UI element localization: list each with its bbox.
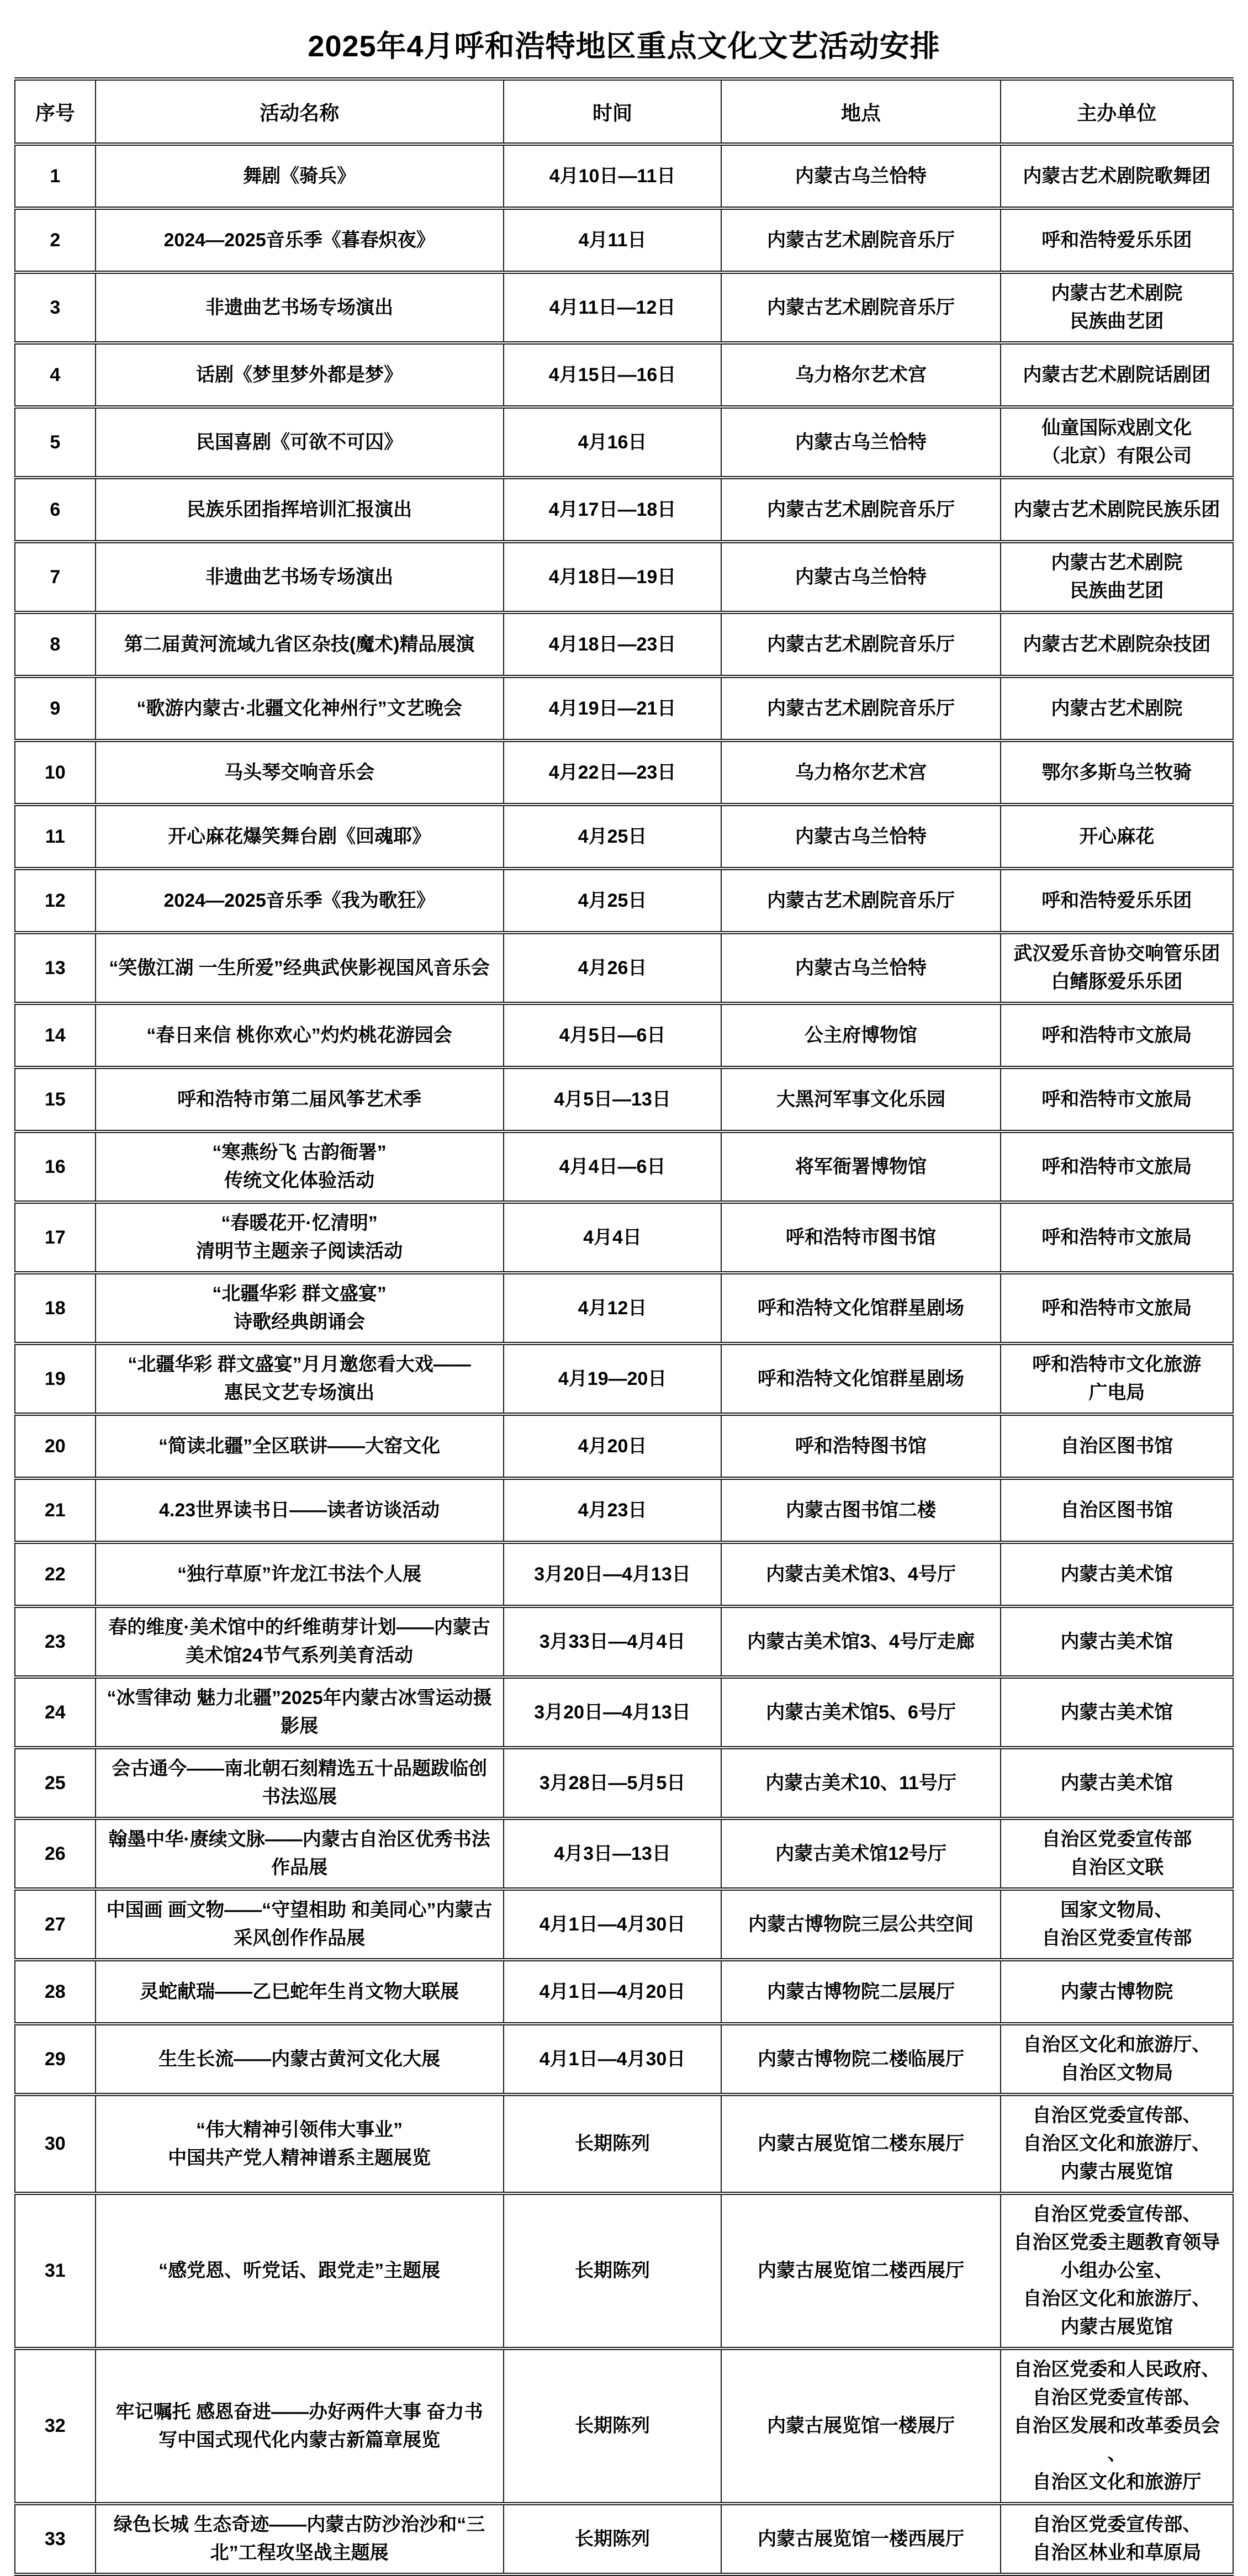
activity-name-cell: 牢记嘱托 感恩奋进——办好两件大事 奋力书 写中国式现代化内蒙古新篇章展览 xyxy=(96,2348,504,2504)
table-row: 16“寒燕纷飞 古韵衙署” 传统文化体验活动4月4日—6日将军衙署博物馆呼和浩特… xyxy=(15,1131,1233,1202)
organizer-cell: 内蒙古博物院 xyxy=(1001,1960,1233,2024)
activity-name-cell: 呼和浩特市第二届风筝艺术季 xyxy=(96,1067,504,1131)
activity-name-cell: “春暖花开·忆清明” 清明节主题亲子阅读活动 xyxy=(96,1202,504,1273)
table-header: 序号 活动名称 时间 地点 主办单位 xyxy=(15,79,1233,144)
row-number-cell: 6 xyxy=(15,478,96,542)
col-header-place: 地点 xyxy=(721,79,1000,144)
activity-name-cell: 第二届黄河流域九省区杂技(魔术)精品展演 xyxy=(96,612,504,676)
organizer-cell: 内蒙古艺术剧院 民族曲艺团 xyxy=(1001,272,1233,343)
table-row: 14“春日来信 桃你欢心”灼灼桃花游园会4月5日—6日公主府博物馆呼和浩特市文旅… xyxy=(15,1003,1233,1067)
organizer-cell: 内蒙古艺术剧院 民族曲艺团 xyxy=(1001,542,1233,612)
row-number-cell: 8 xyxy=(15,612,96,676)
organizer-cell: 自治区图书馆 xyxy=(1001,1478,1233,1542)
activity-name-cell: 非遗曲艺书场专场演出 xyxy=(96,272,504,343)
time-cell: 4月4日 xyxy=(504,1202,722,1273)
place-cell: 内蒙古美术馆12号厅 xyxy=(721,1818,1000,1889)
place-cell: 内蒙古乌兰恰特 xyxy=(721,542,1000,612)
organizer-cell: 内蒙古艺术剧院话剧团 xyxy=(1001,343,1233,407)
organizer-cell: 仙童国际戏剧文化 （北京）有限公司 xyxy=(1001,407,1233,478)
table-row: 29生生长流——内蒙古黄河文化大展4月1日—4月30日内蒙古博物院二楼临展厅自治… xyxy=(15,2024,1233,2094)
place-cell: 乌力格尔艺术宫 xyxy=(721,740,1000,805)
row-number-cell: 2 xyxy=(15,208,96,272)
row-number-cell: 18 xyxy=(15,1273,96,1343)
activity-name-cell: 生生长流——内蒙古黄河文化大展 xyxy=(96,2024,504,2094)
table-row: 17“春暖花开·忆清明” 清明节主题亲子阅读活动4月4日呼和浩特市图书馆呼和浩特… xyxy=(15,1202,1233,1273)
table-row: 11开心麻花爆笑舞台剧《回魂耶》4月25日内蒙古乌兰恰特开心麻花 xyxy=(15,805,1233,869)
table-row: 13“笑傲江湖 一生所爱”经典武侠影视国风音乐会4月26日内蒙古乌兰恰特武汉爱乐… xyxy=(15,933,1233,1003)
organizer-cell: 呼和浩特市文旅局 xyxy=(1001,1067,1233,1131)
row-number-cell: 32 xyxy=(15,2348,96,2504)
activity-name-cell: “伟大精神引领伟大事业” 中国共产党人精神谱系主题展览 xyxy=(96,2094,504,2193)
place-cell: 大黑河军事文化乐园 xyxy=(721,1067,1000,1131)
time-cell: 4月3日—13日 xyxy=(504,1818,722,1889)
header-row: 序号 活动名称 时间 地点 主办单位 xyxy=(15,79,1233,144)
time-cell: 3月20日—4月13日 xyxy=(504,1542,722,1606)
activity-name-cell: 民国喜剧《可欲不可囚》 xyxy=(96,407,504,478)
time-cell: 3月33日—4月4日 xyxy=(504,1606,722,1677)
place-cell: 呼和浩特图书馆 xyxy=(721,1414,1000,1478)
place-cell: 内蒙古艺术剧院音乐厅 xyxy=(721,272,1000,343)
organizer-cell: 内蒙古美术馆 xyxy=(1001,1606,1233,1677)
activity-name-cell: 开心麻花爆笑舞台剧《回魂耶》 xyxy=(96,805,504,869)
place-cell: 内蒙古美术馆3、4号厅 xyxy=(721,1542,1000,1606)
time-cell: 4月1日—4月30日 xyxy=(504,2024,722,2094)
time-cell: 4月26日 xyxy=(504,933,722,1003)
time-cell: 3月28日—5月5日 xyxy=(504,1748,722,1818)
organizer-cell: 呼和浩特市文旅局 xyxy=(1001,1131,1233,1202)
place-cell: 内蒙古博物院二层展厅 xyxy=(721,1960,1000,2024)
table-row: 28灵蛇献瑞——乙巳蛇年生肖文物大联展4月1日—4月20日内蒙古博物院二层展厅内… xyxy=(15,1960,1233,2024)
table-row: 30“伟大精神引领伟大事业” 中国共产党人精神谱系主题展览长期陈列内蒙古展览馆二… xyxy=(15,2094,1233,2193)
table-row: 8第二届黄河流域九省区杂技(魔术)精品展演4月18日—23日内蒙古艺术剧院音乐厅… xyxy=(15,612,1233,676)
row-number-cell: 23 xyxy=(15,1606,96,1677)
place-cell: 内蒙古艺术剧院音乐厅 xyxy=(721,676,1000,740)
time-cell: 4月18日—23日 xyxy=(504,612,722,676)
row-number-cell: 12 xyxy=(15,869,96,933)
table-row: 26翰墨中华·赓续文脉——内蒙古自治区优秀书法 作品展4月3日—13日内蒙古美术… xyxy=(15,1818,1233,1889)
time-cell: 4月25日 xyxy=(504,805,722,869)
row-number-cell: 15 xyxy=(15,1067,96,1131)
time-cell: 4月12日 xyxy=(504,1273,722,1343)
organizer-cell: 武汉爱乐音协交响管乐团 白鳍豚爱乐乐团 xyxy=(1001,933,1233,1003)
organizer-cell: 呼和浩特市文旅局 xyxy=(1001,1202,1233,1273)
place-cell: 内蒙古美术馆3、4号厅走廊 xyxy=(721,1606,1000,1677)
place-cell: 内蒙古艺术剧院音乐厅 xyxy=(721,612,1000,676)
row-number-cell: 22 xyxy=(15,1542,96,1606)
time-cell: 4月18日—19日 xyxy=(504,542,722,612)
time-cell: 4月22日—23日 xyxy=(504,740,722,805)
activity-name-cell: “北疆华彩 群文盛宴”月月邀您看大戏—— 惠民文艺专场演出 xyxy=(96,1343,504,1414)
activity-name-cell: “北疆华彩 群文盛宴” 诗歌经典朗诵会 xyxy=(96,1273,504,1343)
organizer-cell: 内蒙古美术馆 xyxy=(1001,1542,1233,1606)
activity-name-cell: “独行草原”许龙江书法个人展 xyxy=(96,1542,504,1606)
col-header-time: 时间 xyxy=(504,79,722,144)
table-row: 22“独行草原”许龙江书法个人展3月20日—4月13日内蒙古美术馆3、4号厅内蒙… xyxy=(15,1542,1233,1606)
activity-name-cell: 民族乐团指挥培训汇报演出 xyxy=(96,478,504,542)
row-number-cell: 19 xyxy=(15,1343,96,1414)
place-cell: 内蒙古乌兰恰特 xyxy=(721,407,1000,478)
place-cell: 内蒙古艺术剧院音乐厅 xyxy=(721,478,1000,542)
table-row: 214.23世界读书日——读者访谈活动4月23日内蒙古图书馆二楼自治区图书馆 xyxy=(15,1478,1233,1542)
activity-name-cell: 非遗曲艺书场专场演出 xyxy=(96,542,504,612)
organizer-cell: 呼和浩特市文化旅游 广电局 xyxy=(1001,1343,1233,1414)
row-number-cell: 27 xyxy=(15,1889,96,1960)
row-number-cell: 5 xyxy=(15,407,96,478)
time-cell: 4月11日—12日 xyxy=(504,272,722,343)
organizer-cell: 自治区文化和旅游厅、 自治区文物局 xyxy=(1001,2024,1233,2094)
table-row: 27中国画 画文物——“守望相助 和美同心”内蒙古 采风创作作品展4月1日—4月… xyxy=(15,1889,1233,1960)
organizer-cell: 自治区党委宣传部、 自治区林业和草原局 xyxy=(1001,2504,1233,2574)
row-number-cell: 13 xyxy=(15,933,96,1003)
organizer-cell: 内蒙古艺术剧院 xyxy=(1001,676,1233,740)
activity-name-cell: 翰墨中华·赓续文脉——内蒙古自治区优秀书法 作品展 xyxy=(96,1818,504,1889)
row-number-cell: 3 xyxy=(15,272,96,343)
table-row: 9“歌游内蒙古·北疆文化神州行”文艺晚会4月19日—21日内蒙古艺术剧院音乐厅内… xyxy=(15,676,1233,740)
col-header-organizer: 主办单位 xyxy=(1001,79,1233,144)
row-number-cell: 31 xyxy=(15,2193,96,2348)
organizer-cell: 鄂尔多斯乌兰牧骑 xyxy=(1001,740,1233,805)
organizer-cell: 开心麻花 xyxy=(1001,805,1233,869)
table-row: 10马头琴交响音乐会4月22日—23日乌力格尔艺术宫鄂尔多斯乌兰牧骑 xyxy=(15,740,1233,805)
activity-name-cell: 灵蛇献瑞——乙巳蛇年生肖文物大联展 xyxy=(96,1960,504,2024)
time-cell: 4月5日—13日 xyxy=(504,1067,722,1131)
place-cell: 内蒙古图书馆二楼 xyxy=(721,1478,1000,1542)
time-cell: 4月17日—18日 xyxy=(504,478,722,542)
col-header-name: 活动名称 xyxy=(96,79,504,144)
place-cell: 呼和浩特文化馆群星剧场 xyxy=(721,1273,1000,1343)
activity-name-cell: “冰雪律动 魅力北疆”2025年内蒙古冰雪运动摄 影展 xyxy=(96,1677,504,1748)
place-cell: 内蒙古博物院三层公共空间 xyxy=(721,1889,1000,1960)
page-title: 2025年4月呼和浩特地区重点文化文艺活动安排 xyxy=(0,0,1248,77)
table-row: 32牢记嘱托 感恩奋进——办好两件大事 奋力书 写中国式现代化内蒙古新篇章展览长… xyxy=(15,2348,1233,2504)
place-cell: 内蒙古乌兰恰特 xyxy=(721,805,1000,869)
table-row: 23春的维度·美术馆中的纤维萌芽计划——内蒙古 美术馆24节气系列美育活动3月3… xyxy=(15,1606,1233,1677)
activity-name-cell: 马头琴交响音乐会 xyxy=(96,740,504,805)
table-row: 5民国喜剧《可欲不可囚》4月16日内蒙古乌兰恰特仙童国际戏剧文化 （北京）有限公… xyxy=(15,407,1233,478)
table-row: 31“感党恩、听党话、跟党走”主题展长期陈列内蒙古展览馆二楼西展厅自治区党委宣传… xyxy=(15,2193,1233,2348)
place-cell: 内蒙古美术馆5、6号厅 xyxy=(721,1677,1000,1748)
activity-name-cell: 春的维度·美术馆中的纤维萌芽计划——内蒙古 美术馆24节气系列美育活动 xyxy=(96,1606,504,1677)
time-cell: 4月1日—4月20日 xyxy=(504,1960,722,2024)
place-cell: 内蒙古乌兰恰特 xyxy=(721,933,1000,1003)
time-cell: 4月19—20日 xyxy=(504,1343,722,1414)
place-cell: 内蒙古艺术剧院音乐厅 xyxy=(721,869,1000,933)
row-number-cell: 9 xyxy=(15,676,96,740)
row-number-cell: 11 xyxy=(15,805,96,869)
row-number-cell: 33 xyxy=(15,2504,96,2574)
organizer-cell: 自治区党委和人民政府、 自治区党委宣传部、 自治区发展和改革委员会 、 自治区文… xyxy=(1001,2348,1233,2504)
row-number-cell: 17 xyxy=(15,1202,96,1273)
row-number-cell: 10 xyxy=(15,740,96,805)
row-number-cell: 20 xyxy=(15,1414,96,1478)
organizer-cell: 内蒙古艺术剧院杂技团 xyxy=(1001,612,1233,676)
table-row: 6民族乐团指挥培训汇报演出4月17日—18日内蒙古艺术剧院音乐厅内蒙古艺术剧院民… xyxy=(15,478,1233,542)
place-cell: 内蒙古艺术剧院音乐厅 xyxy=(721,208,1000,272)
organizer-cell: 自治区党委宣传部、 自治区党委主题教育领导 小组办公室、 自治区文化和旅游厅、 … xyxy=(1001,2193,1233,2348)
time-cell: 4月20日 xyxy=(504,1414,722,1478)
activity-name-cell: 会古通今——南北朝石刻精选五十品题跋临创 书法巡展 xyxy=(96,1748,504,1818)
organizer-cell: 呼和浩特市文旅局 xyxy=(1001,1003,1233,1067)
activity-name-cell: 2024—2025音乐季《我为歌狂》 xyxy=(96,869,504,933)
row-number-cell: 25 xyxy=(15,1748,96,1818)
table-row: 18“北疆华彩 群文盛宴” 诗歌经典朗诵会4月12日呼和浩特文化馆群星剧场呼和浩… xyxy=(15,1273,1233,1343)
row-number-cell: 16 xyxy=(15,1131,96,1202)
place-cell: 内蒙古博物院二楼临展厅 xyxy=(721,2024,1000,2094)
organizer-cell: 呼和浩特爱乐乐团 xyxy=(1001,208,1233,272)
table-row: 22024—2025音乐季《暮春炽夜》4月11日内蒙古艺术剧院音乐厅呼和浩特爱乐… xyxy=(15,208,1233,272)
time-cell: 4月10日—11日 xyxy=(504,144,722,208)
place-cell: 公主府博物馆 xyxy=(721,1003,1000,1067)
activity-name-cell: “笑傲江湖 一生所爱”经典武侠影视国风音乐会 xyxy=(96,933,504,1003)
organizer-cell: 呼和浩特爱乐乐团 xyxy=(1001,869,1233,933)
place-cell: 将军衙署博物馆 xyxy=(721,1131,1000,1202)
organizer-cell: 自治区党委宣传部 自治区文联 xyxy=(1001,1818,1233,1889)
time-cell: 4月16日 xyxy=(504,407,722,478)
activity-name-cell: 2024—2025音乐季《暮春炽夜》 xyxy=(96,208,504,272)
organizer-cell: 自治区图书馆 xyxy=(1001,1414,1233,1478)
place-cell: 内蒙古美术10、11号厅 xyxy=(721,1748,1000,1818)
organizer-cell: 自治区党委宣传部、 自治区文化和旅游厅、 内蒙古展览馆 xyxy=(1001,2094,1233,2193)
time-cell: 4月25日 xyxy=(504,869,722,933)
organizer-cell: 呼和浩特市文旅局 xyxy=(1001,1273,1233,1343)
organizer-cell: 内蒙古美术馆 xyxy=(1001,1677,1233,1748)
place-cell: 内蒙古展览馆一楼展厅 xyxy=(721,2348,1000,2504)
table-row: 20“简读北疆”全区联讲——大窑文化4月20日呼和浩特图书馆自治区图书馆 xyxy=(15,1414,1233,1478)
organizer-cell: 内蒙古美术馆 xyxy=(1001,1748,1233,1818)
place-cell: 乌力格尔艺术宫 xyxy=(721,343,1000,407)
time-cell: 长期陈列 xyxy=(504,2193,722,2348)
table-row: 19“北疆华彩 群文盛宴”月月邀您看大戏—— 惠民文艺专场演出4月19—20日呼… xyxy=(15,1343,1233,1414)
table-row: 15呼和浩特市第二届风筝艺术季4月5日—13日大黑河军事文化乐园呼和浩特市文旅局 xyxy=(15,1067,1233,1131)
time-cell: 4月15日—16日 xyxy=(504,343,722,407)
activity-rows: 1舞剧《骑兵》4月10日—11日内蒙古乌兰恰特内蒙古艺术剧院歌舞团22024—2… xyxy=(15,144,1233,2574)
table-row: 3非遗曲艺书场专场演出4月11日—12日内蒙古艺术剧院音乐厅内蒙古艺术剧院 民族… xyxy=(15,272,1233,343)
place-cell: 内蒙古展览馆一楼西展厅 xyxy=(721,2504,1000,2574)
activity-schedule-table: 序号 活动名称 时间 地点 主办单位 1舞剧《骑兵》4月10日—11日内蒙古乌兰… xyxy=(14,77,1234,2576)
row-number-cell: 7 xyxy=(15,542,96,612)
time-cell: 长期陈列 xyxy=(504,2094,722,2193)
table-row: 122024—2025音乐季《我为歌狂》4月25日内蒙古艺术剧院音乐厅呼和浩特爱… xyxy=(15,869,1233,933)
time-cell: 4月23日 xyxy=(504,1478,722,1542)
time-cell: 4月1日—4月30日 xyxy=(504,1889,722,1960)
row-number-cell: 21 xyxy=(15,1478,96,1542)
activity-name-cell: 话剧《梦里梦外都是梦》 xyxy=(96,343,504,407)
time-cell: 4月11日 xyxy=(504,208,722,272)
table-row: 24“冰雪律动 魅力北疆”2025年内蒙古冰雪运动摄 影展3月20日—4月13日… xyxy=(15,1677,1233,1748)
row-number-cell: 1 xyxy=(15,144,96,208)
activity-name-cell: “寒燕纷飞 古韵衙署” 传统文化体验活动 xyxy=(96,1131,504,1202)
row-number-cell: 28 xyxy=(15,1960,96,2024)
time-cell: 3月20日—4月13日 xyxy=(504,1677,722,1748)
table-row: 1舞剧《骑兵》4月10日—11日内蒙古乌兰恰特内蒙古艺术剧院歌舞团 xyxy=(15,144,1233,208)
row-number-cell: 29 xyxy=(15,2024,96,2094)
time-cell: 4月5日—6日 xyxy=(504,1003,722,1067)
place-cell: 内蒙古展览馆二楼东展厅 xyxy=(721,2094,1000,2193)
row-number-cell: 30 xyxy=(15,2094,96,2193)
time-cell: 长期陈列 xyxy=(504,2504,722,2574)
activity-name-cell: “歌游内蒙古·北疆文化神州行”文艺晚会 xyxy=(96,676,504,740)
organizer-cell: 国家文物局、 自治区党委宣传部 xyxy=(1001,1889,1233,1960)
col-header-no: 序号 xyxy=(15,79,96,144)
table-row: 33绿色长城 生态奇迹——内蒙古防沙治沙和“三 北”工程攻坚战主题展长期陈列内蒙… xyxy=(15,2504,1233,2574)
place-cell: 呼和浩特文化馆群星剧场 xyxy=(721,1343,1000,1414)
place-cell: 内蒙古乌兰恰特 xyxy=(721,144,1000,208)
organizer-cell: 内蒙古艺术剧院民族乐团 xyxy=(1001,478,1233,542)
activity-name-cell: “春日来信 桃你欢心”灼灼桃花游园会 xyxy=(96,1003,504,1067)
row-number-cell: 24 xyxy=(15,1677,96,1748)
activity-name-cell: “简读北疆”全区联讲——大窑文化 xyxy=(96,1414,504,1478)
place-cell: 呼和浩特市图书馆 xyxy=(721,1202,1000,1273)
place-cell: 内蒙古展览馆二楼西展厅 xyxy=(721,2193,1000,2348)
row-number-cell: 4 xyxy=(15,343,96,407)
time-cell: 4月4日—6日 xyxy=(504,1131,722,1202)
row-number-cell: 26 xyxy=(15,1818,96,1889)
activity-name-cell: “感党恩、听党话、跟党走”主题展 xyxy=(96,2193,504,2348)
activity-name-cell: 舞剧《骑兵》 xyxy=(96,144,504,208)
activity-name-cell: 4.23世界读书日——读者访谈活动 xyxy=(96,1478,504,1542)
time-cell: 4月19日—21日 xyxy=(504,676,722,740)
time-cell: 长期陈列 xyxy=(504,2348,722,2504)
table-row: 7非遗曲艺书场专场演出4月18日—19日内蒙古乌兰恰特内蒙古艺术剧院 民族曲艺团 xyxy=(15,542,1233,612)
activity-name-cell: 中国画 画文物——“守望相助 和美同心”内蒙古 采风创作作品展 xyxy=(96,1889,504,1960)
activity-name-cell: 绿色长城 生态奇迹——内蒙古防沙治沙和“三 北”工程攻坚战主题展 xyxy=(96,2504,504,2574)
organizer-cell: 内蒙古艺术剧院歌舞团 xyxy=(1001,144,1233,208)
table-row: 25会古通今——南北朝石刻精选五十品题跋临创 书法巡展3月28日—5月5日内蒙古… xyxy=(15,1748,1233,1818)
row-number-cell: 14 xyxy=(15,1003,96,1067)
table-row: 4话剧《梦里梦外都是梦》4月15日—16日乌力格尔艺术宫内蒙古艺术剧院话剧团 xyxy=(15,343,1233,407)
